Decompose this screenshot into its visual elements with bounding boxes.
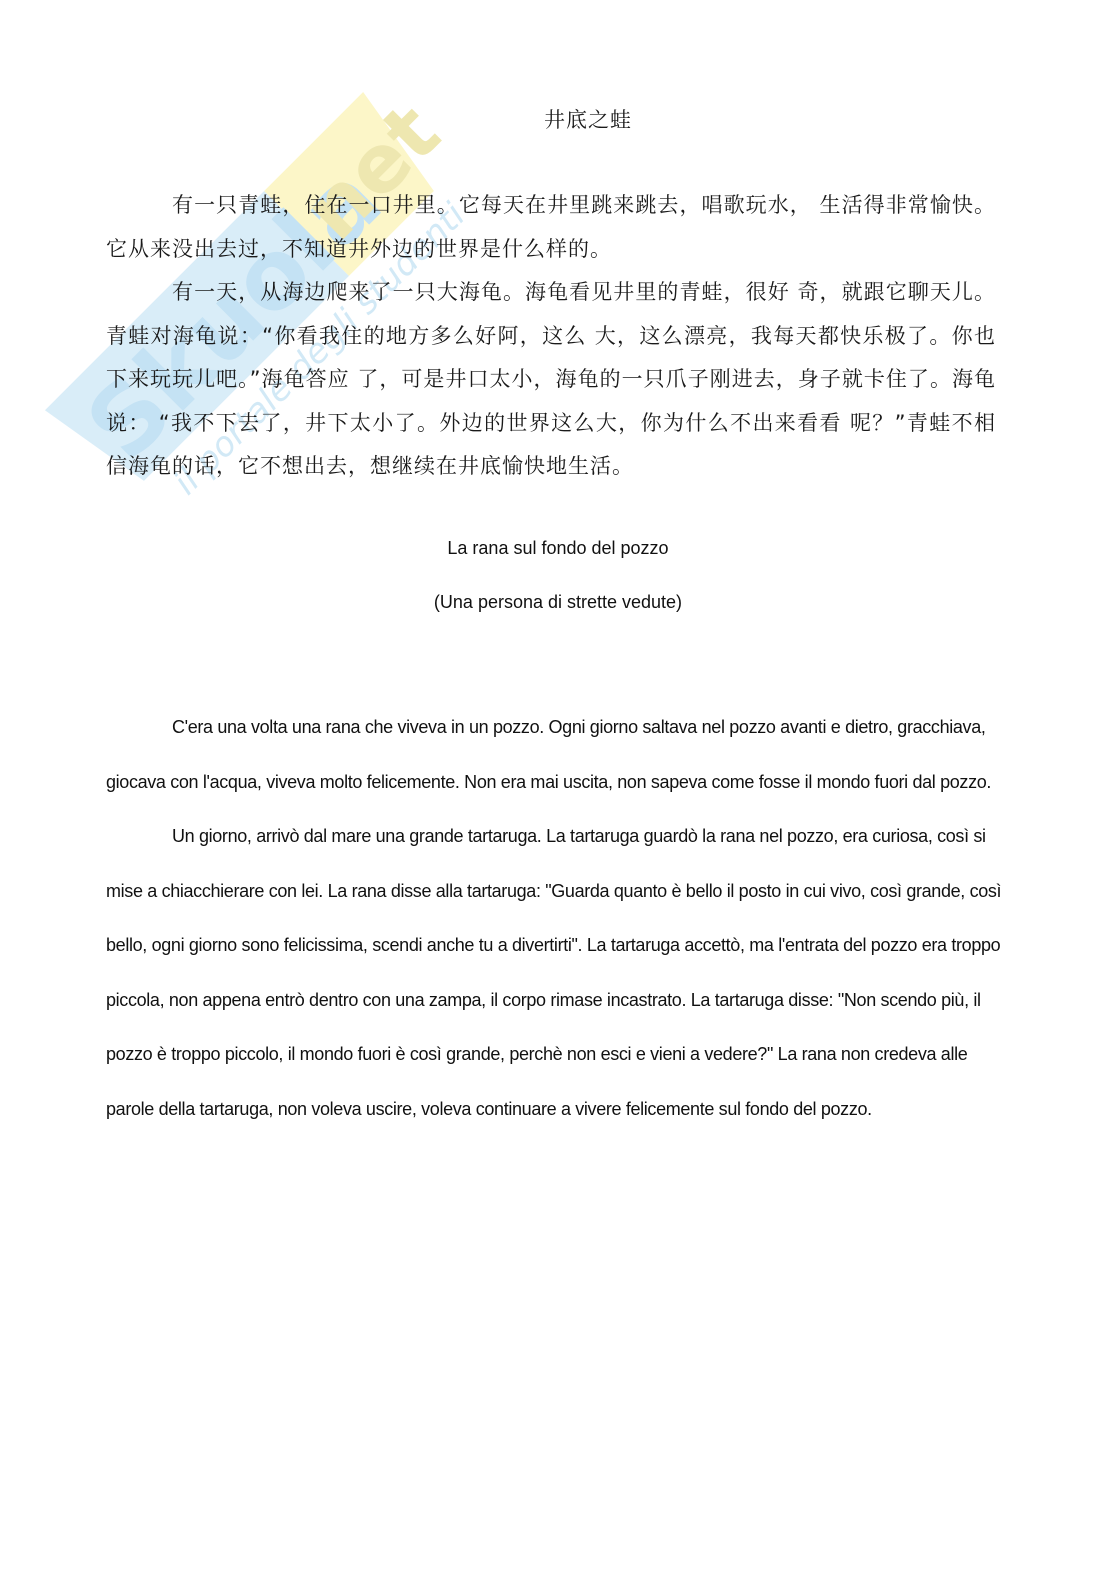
italian-paragraph: C'era una volta una rana che viveva in u… (106, 700, 1006, 809)
italian-subtitle: (Una persona di strette vedute) (0, 592, 1116, 613)
italian-story: C'era una volta una rana che viveva in u… (106, 700, 1006, 1136)
chinese-title: 井底之蛙 (0, 104, 1116, 134)
chinese-story: 有一只青蛙，住在一口井里。它每天在井里跳来跳去，唱歌玩水， 生活得非常愉快。它从… (106, 184, 996, 489)
chinese-paragraph: 有一天，从海边爬来了一只大海龟。海龟看见井里的青蛙，很好 奇，就跟它聊天儿。青蛙… (106, 271, 996, 489)
italian-paragraph: Un giorno, arrivò dal mare una grande ta… (106, 809, 1006, 1136)
chinese-paragraph: 有一只青蛙，住在一口井里。它每天在井里跳来跳去，唱歌玩水， 生活得非常愉快。它从… (106, 184, 996, 271)
italian-title: La rana sul fondo del pozzo (0, 538, 1116, 559)
